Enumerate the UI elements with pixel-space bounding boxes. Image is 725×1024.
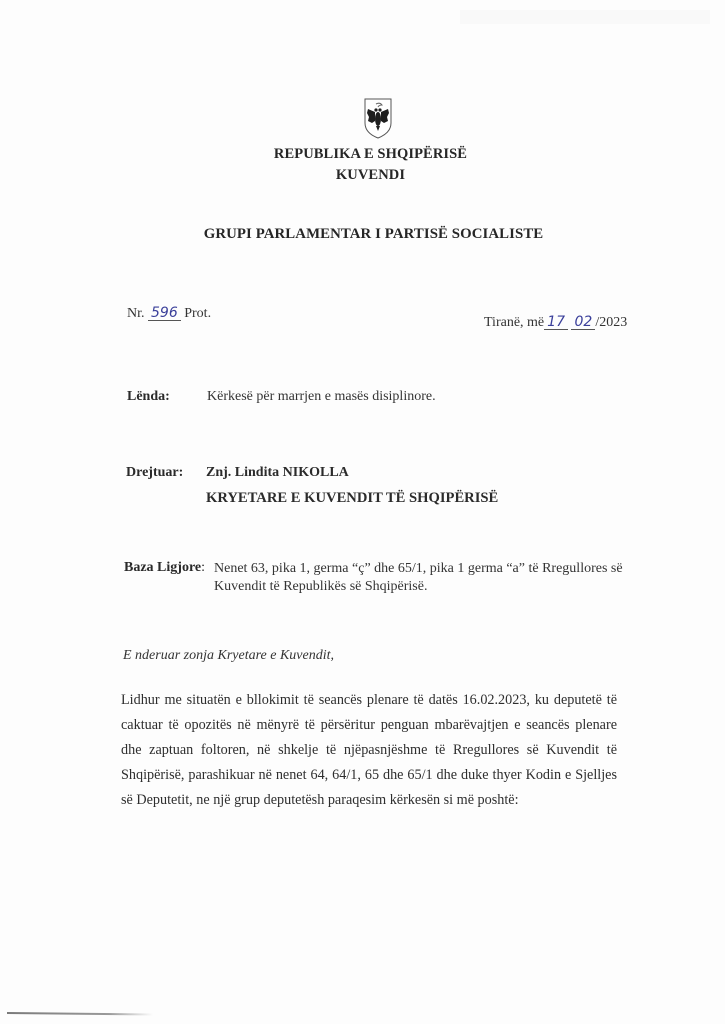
date-prefix: Tiranë, më <box>484 315 544 330</box>
legal-basis-row: Baza Ligjore: Nenet 63, pika 1, germa “ç… <box>124 560 644 576</box>
subject-value: Kërkesë për marrjen e masës disiplinore. <box>207 389 436 405</box>
salutation: E nderuar zonja Kryetare e Kuvendit, <box>123 648 334 664</box>
body-paragraph: Lidhur me situatën e bllokimit të seancë… <box>121 688 617 813</box>
protocol-number-handwritten: 596 <box>148 306 181 321</box>
header-parliamentary-group: GRUPI PARLAMENTAR I PARTISË SOCIALISTE <box>11 226 725 243</box>
albanian-coat-of-arms-icon <box>363 97 393 139</box>
date-month-handwritten: 02 <box>571 315 595 330</box>
protocol-prefix: Nr. <box>127 306 145 321</box>
scanned-document-page: REPUBLIKA E SHQIPËRISË KUVENDI GRUPI PAR… <box>0 0 725 1024</box>
date-year: /2023 <box>595 315 627 330</box>
subject-label: Lënda: <box>127 389 170 404</box>
addressee-row: Drejtuar: Znj. Lindita NIKOLLA KRYETARE … <box>126 465 183 481</box>
scan-artifact <box>460 10 710 24</box>
header-institution: KUVENDI <box>8 167 725 184</box>
subject-row: Lënda: Kërkesë për marrjen e masës disip… <box>127 389 170 405</box>
protocol-suffix: Prot. <box>184 306 211 321</box>
protocol-number: Nr. 596 Prot. <box>127 306 211 322</box>
legal-basis-colon: : <box>201 560 205 575</box>
document-date: Tiranë, më17 02/2023 <box>484 315 627 331</box>
legal-basis-value: Nenet 63, pika 1, germa “ç” dhe 65/1, pi… <box>214 560 634 596</box>
legal-basis-label: Baza Ligjore <box>124 560 201 575</box>
header-republic: REPUBLIKA E SHQIPËRISË <box>8 146 725 163</box>
scan-artifact-line <box>7 1012 153 1016</box>
addressee-name: Znj. Lindita NIKOLLA <box>206 465 349 481</box>
date-day-handwritten: 17 <box>544 315 568 330</box>
addressee-label: Drejtuar: <box>126 465 183 480</box>
addressee-title: KRYETARE E KUVENDIT TË SHQIPËRISË <box>206 490 498 507</box>
